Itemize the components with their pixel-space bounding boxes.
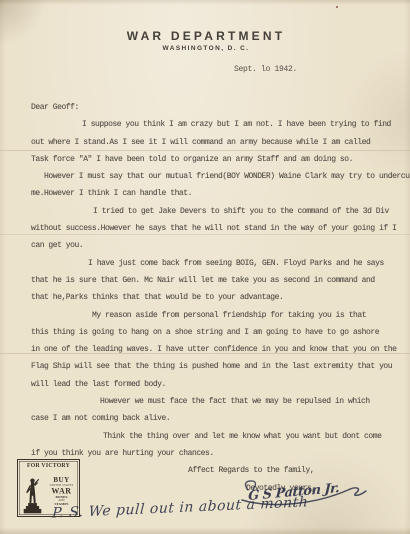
letter-line: in one of the leading waves. I have utte… [31,341,410,358]
letter-line: will lead the last formed body. [31,376,410,393]
letterhead-subtitle: WASHINGTON, D. C. [0,45,410,52]
letter-line: I tried to get Jake Devers to shift you … [31,203,410,220]
stamp-header: FOR VICTORY [20,462,78,469]
letter-line: Think the thing over and let me know wha… [31,428,410,445]
letter-line: However we must face the fact that we ma… [31,393,410,410]
letter-line: Affect Regards to the family, [31,462,410,479]
letter-line: that he,Parks thinks that that would be … [31,289,410,306]
letter-line: Dear Geoff: [31,99,410,116]
letter-line: if you think you are hurting your chance… [31,445,410,462]
letter-line: without success.However he says that he … [31,220,410,237]
letter-line: this thing is going to hang on a shoe st… [31,324,410,341]
stamp-word: STAMPS [55,502,69,506]
letter-line: However I must say that our mutual frien… [31,168,410,185]
war-bonds-stamp: FOR VICTORY BUYUNITED STATES [17,459,80,517]
letter-line: me.However I think I can handle that. [31,185,410,202]
letter-line: Flag Ship will see that the thing is pus… [31,358,410,375]
letter-line: that he is sure that Gen. Mc Nair will l… [31,272,410,289]
letter-body: Dear Geoff:I suppose you think I am craz… [31,99,410,497]
letter-date: Sept. lo 1942. [234,65,297,74]
letter-line: I have just come back from seeing BOIG, … [31,255,410,272]
letterhead-title: WAR DEPARTMENT [0,29,410,43]
letter-line: can get you. [31,237,410,254]
letter-page: WAR DEPARTMENT WASHINGTON, D. C. Sept. l… [0,0,410,534]
letter-line: Task force "A" I have been told to organ… [31,151,410,168]
stamp-words: BUYUNITED STATESWARBONDSANDSTAMPS [46,469,78,515]
minuteman-statue-icon [20,469,46,515]
letter-line: case I am not coming back alive. [31,410,410,427]
letter-line: I suppose you think I am crazy but I am … [31,116,410,133]
paper-speck [336,6,338,8]
letter-line: out where I stand.As I see it I will com… [31,134,410,151]
letter-line: My reason aside from personal friendship… [31,307,410,324]
